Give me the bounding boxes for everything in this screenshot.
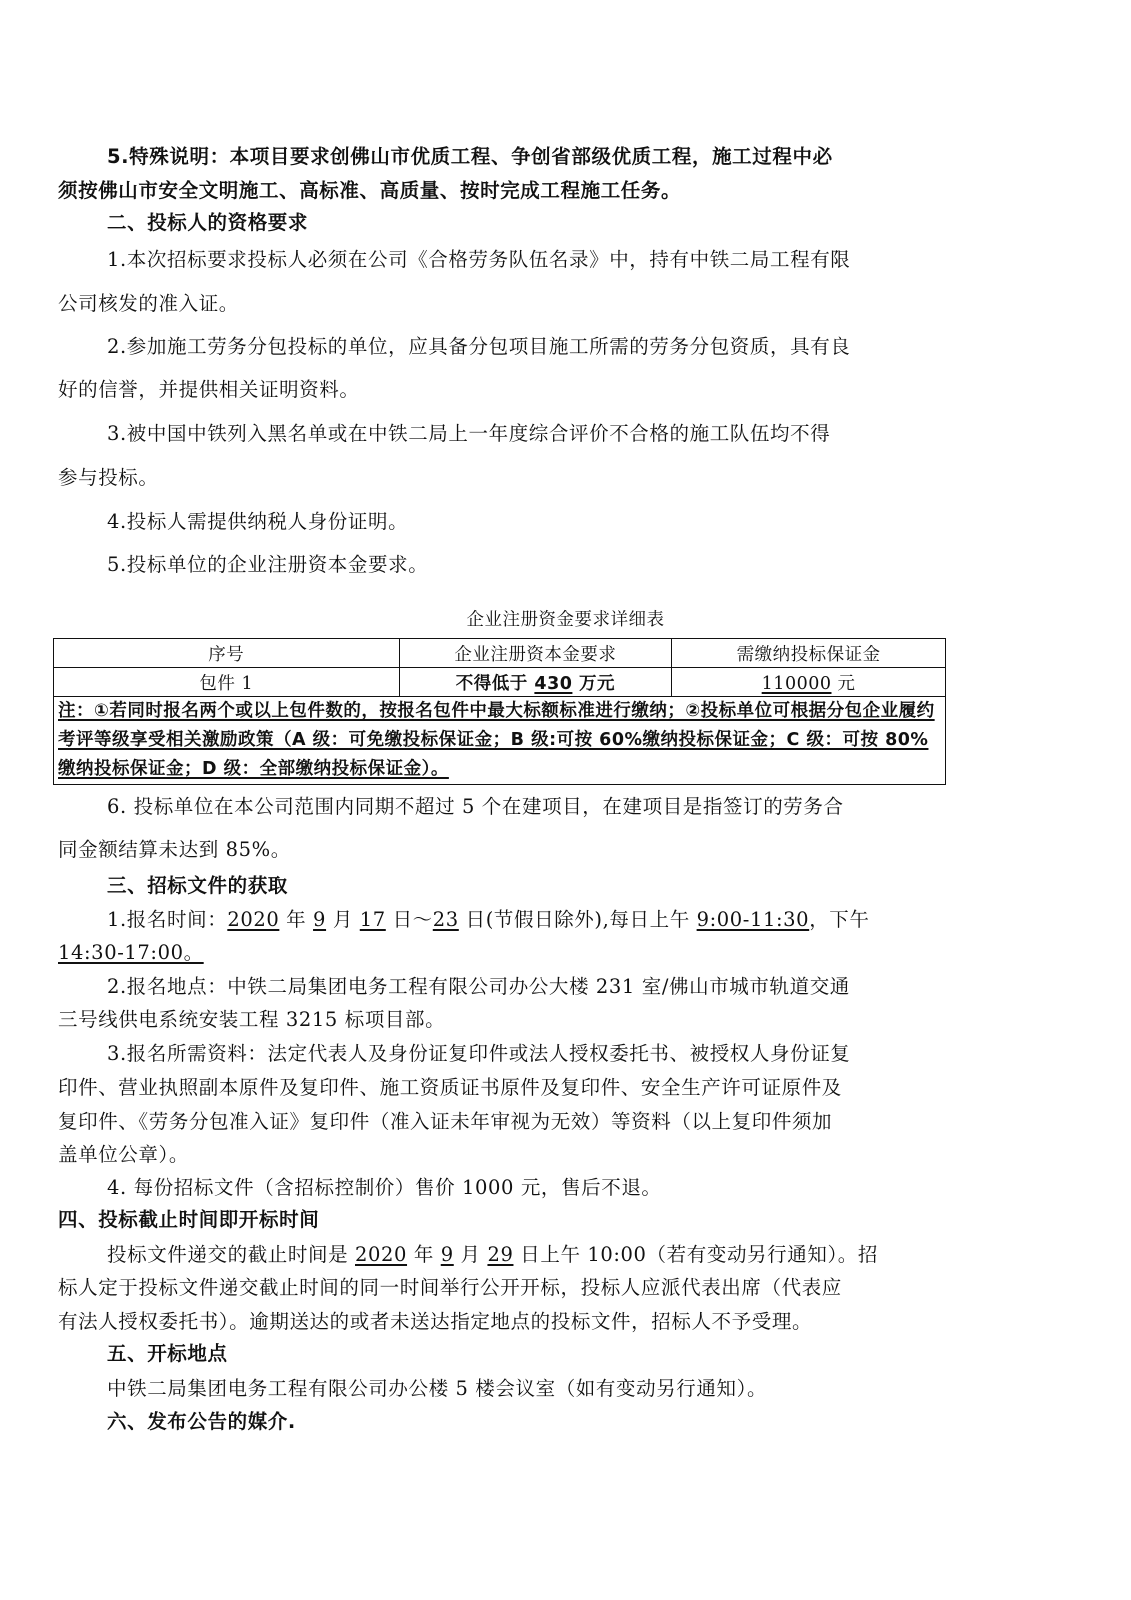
text: ，下午 <box>809 908 869 931</box>
qualification-item-6-line-2: 同金额结算未达到 85%。 <box>58 834 291 862</box>
registration-location-line-1: 2.报名地点：中铁二局集团电务工程有限公司办公大楼 231 室/佛山市城市轨道交… <box>107 971 850 999</box>
table-row: 包件 1 不得低于 430 万元 110000 元 <box>54 668 946 697</box>
qualification-item-2-line-1: 2.参加施工劳务分包投标的单位，应具备分包项目施工所需的劳务分包资质，具有良 <box>107 331 850 359</box>
registration-morning-hours: 9:00-11:30 <box>697 908 810 931</box>
deposit-value: 110000 <box>762 674 832 694</box>
note-cell: 注：①若同时报名两个或以上包件数的，按报名包件中最大标额标准进行缴纳；②投标单位… <box>54 697 946 785</box>
deadline-day: 29 <box>487 1243 513 1266</box>
capital-prefix: 不得低于 <box>456 674 535 694</box>
deadline-line-1: 投标文件递交的截止时间是 2020 年 9 月 29 日上午 10:00（若有变… <box>107 1239 878 1267</box>
registration-month: 9 <box>313 908 326 931</box>
deposit-cell: 110000 元 <box>672 668 946 697</box>
qualification-item-6-line-1: 6. 投标单位在本公司范围内同期不超过 5 个在建项目，在建项目是指签订的劳务合 <box>107 791 844 819</box>
header-cell: 需缴纳投标保证金 <box>672 639 946 668</box>
package-cell: 包件 1 <box>54 668 400 697</box>
registration-location-line-2: 三号线供电系统安装工程 3215 标项目部。 <box>58 1004 445 1032</box>
text: 月 <box>454 1243 488 1266</box>
qualification-item-4: 4.投标人需提供纳税人身份证明。 <box>107 506 408 534</box>
deadline-year: 2020 <box>355 1243 407 1266</box>
section-4-heading: 四、投标截止时间即开标时间 <box>58 1204 319 1232</box>
qualification-item-3-line-2: 参与投标。 <box>58 462 159 490</box>
capital-requirement-table: 序号 企业注册资本金要求 需缴纳投标保证金 包件 1 不得低于 430 万元 1… <box>53 638 946 785</box>
capital-value: 430 <box>534 674 572 694</box>
header-cell: 序号 <box>54 639 400 668</box>
section-3-heading: 三、招标文件的获取 <box>107 870 288 898</box>
registration-materials-line-3: 复印件、《劳务分包准入证》复印件（准入证未年审视为无效）等资料（以上复印件须加 <box>58 1106 832 1134</box>
qualification-item-5: 5.投标单位的企业注册资本金要求。 <box>107 549 428 577</box>
registration-materials-line-2: 印件、营业执照副本原件及复印件、施工资质证书原件及复印件、安全生产许可证原件及 <box>58 1072 842 1100</box>
table-note-row: 注：①若同时报名两个或以上包件数的，按报名包件中最大标额标准进行缴纳；②投标单位… <box>54 697 946 785</box>
text: 月 <box>326 908 360 931</box>
table-caption: 企业注册资金要求详细表 <box>0 606 1131 631</box>
text: 年 <box>407 1243 441 1266</box>
table-note: 注：①若同时报名两个或以上包件数的，按报名包件中最大标额标准进行缴纳；②投标单位… <box>58 701 935 779</box>
deadline-month: 9 <box>441 1243 454 1266</box>
registration-time: 1.报名时间：2020 年 9 月 17 日～23 日(节假日除外),每日上午 … <box>107 904 870 932</box>
capital-suffix: 万元 <box>572 674 615 694</box>
deadline-line-2: 标人定于投标文件递交截止时间的同一时间举行公开开标，投标人应派代表出席（代表应 <box>58 1272 842 1300</box>
qualification-item-2-line-2: 好的信誉，并提供相关证明资料。 <box>58 374 360 402</box>
table-header-row: 序号 企业注册资本金要求 需缴纳投标保证金 <box>54 639 946 668</box>
registration-day-start: 17 <box>360 908 386 931</box>
text: 年 <box>279 908 313 931</box>
registration-afternoon-hours: 14:30-17:00。 <box>58 941 204 964</box>
text: 日上午 10:00（若有变动另行通知）。招 <box>513 1243 878 1266</box>
text: 投标文件递交的截止时间是 <box>107 1243 355 1266</box>
registration-materials-line-1: 3.报名所需资料：法定代表人及身份证复印件或法人授权委托书、被授权人身份证复 <box>107 1038 850 1066</box>
registration-year: 2020 <box>227 908 279 931</box>
section-2-heading: 二、投标人的资格要求 <box>107 207 308 235</box>
qualification-item-1-line-2: 公司核发的准入证。 <box>58 288 239 316</box>
special-note-line-1: 5.特殊说明：本项目要求创佛山市优质工程、争创省部级优质工程，施工过程中必 <box>107 141 833 169</box>
text: 日～ <box>386 908 433 931</box>
text: 日(节假日除外),每日上午 <box>459 908 697 931</box>
deposit-suffix: 元 <box>831 674 855 694</box>
section-6-heading: 六、发布公告的媒介. <box>107 1406 296 1434</box>
registration-materials-line-4: 盖单位公章）。 <box>58 1139 189 1167</box>
capital-cell: 不得低于 430 万元 <box>399 668 672 697</box>
qualification-item-1-line-1: 1.本次招标要求投标人必须在公司《合格劳务队伍名录》中，持有中铁二局工程有限 <box>107 244 850 272</box>
special-note-line-2: 须按佛山市安全文明施工、高标准、高质量、按时完成工程施工任务。 <box>58 175 681 203</box>
registration-afternoon-line: 14:30-17:00。 <box>58 937 204 965</box>
deadline-line-3: 有法人授权委托书）。逾期送达的或者未送达指定地点的投标文件，招标人不予受理。 <box>58 1306 812 1334</box>
header-cell: 企业注册资本金要求 <box>399 639 672 668</box>
section-5-heading: 五、开标地点 <box>107 1338 228 1366</box>
opening-location: 中铁二局集团电务工程有限公司办公楼 5 楼会议室（如有变动另行通知）。 <box>107 1373 767 1401</box>
document-price: 4. 每份招标文件（含招标控制价）售价 1000 元，售后不退。 <box>107 1172 662 1200</box>
registration-day-end: 23 <box>433 908 459 931</box>
qualification-item-3-line-1: 3.被中国中铁列入黑名单或在中铁二局上一年度综合评价不合格的施工队伍均不得 <box>107 418 830 446</box>
registration-time-label: 1.报名时间： <box>107 908 227 931</box>
